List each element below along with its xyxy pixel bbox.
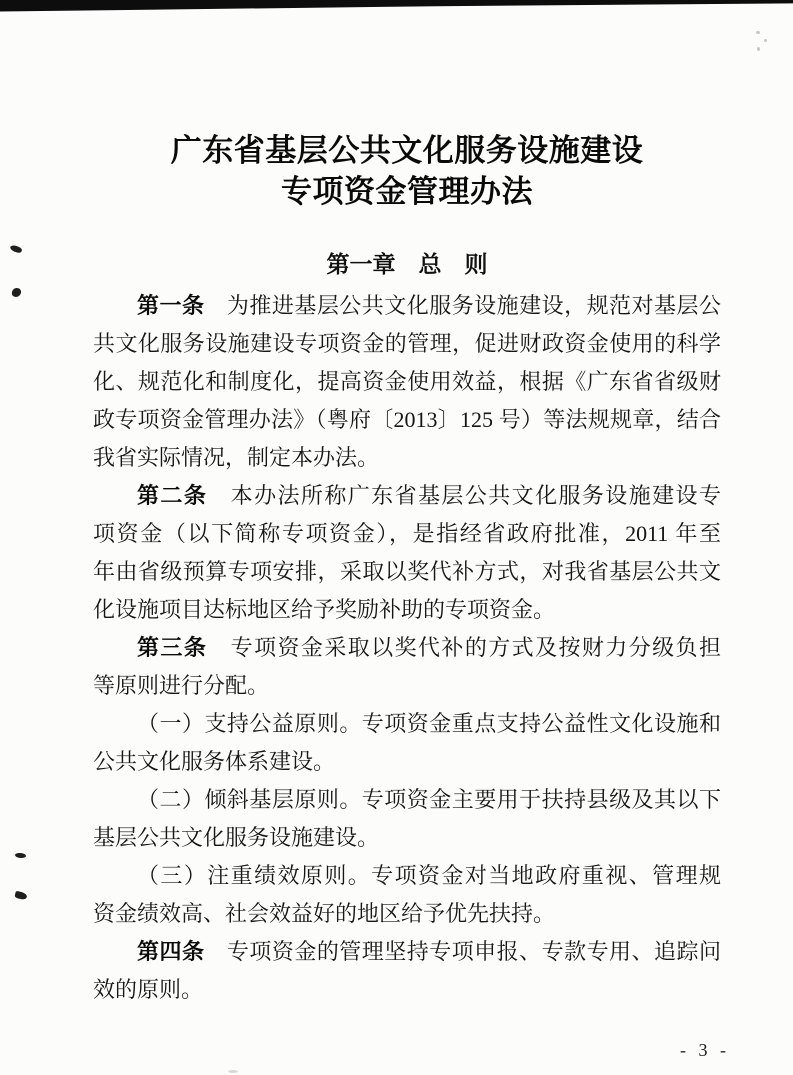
- scan-artifact-dot: [756, 31, 760, 34]
- body-line: 第一条 为推进基层公共文化服务设施建设，规范对基层公: [93, 287, 721, 325]
- body-line: 资金绩效高、社会效益好的地区给予优先扶持。: [93, 895, 721, 933]
- body-line: （二）倾斜基层原则。专项资金主要用于扶持县级及其以下: [93, 781, 721, 819]
- body-line: 项资金（以下简称专项资金），是指经省政府批准，2011 年至 2015: [93, 515, 721, 553]
- scan-artifact-smudge: [228, 1070, 238, 1073]
- body-line: 年由省级预算专项安排，采取以奖代补方式，对我省基层公共文: [93, 553, 721, 591]
- chapter-heading: 第一章 总 则: [93, 249, 721, 281]
- body-line: 基层公共文化服务设施建设。: [93, 819, 721, 857]
- body-line: 共文化服务设施建设专项资金的管理，促进财政资金使用的科学: [93, 325, 721, 363]
- document-title-line2: 专项资金管理办法: [93, 172, 721, 212]
- article-label: 第三条: [137, 635, 207, 660]
- body-line: 公共文化服务体系建设。: [93, 743, 721, 781]
- body-line: 效的原则。: [93, 971, 721, 1009]
- scan-artifact-top-bar: [0, 0, 793, 12]
- article-label: 第二条: [137, 483, 207, 508]
- body-line: 化、规范化和制度化，提高资金使用效益，根据《广东省省级财: [93, 363, 721, 401]
- body-line: 我省实际情况，制定本办法。: [93, 439, 721, 477]
- scan-artifact-speck: [15, 852, 26, 858]
- scan-artifact-speck: [14, 891, 27, 901]
- article-label: 第四条: [137, 939, 204, 964]
- scan-artifact-speck: [9, 244, 22, 254]
- body-line: 第三条 专项资金采取以奖代补的方式及按财力分级负担: [93, 629, 721, 667]
- scan-artifact-dot: [764, 39, 767, 42]
- body-line: 第四条 专项资金的管理坚持专项申报、专款专用、追踪问: [93, 933, 721, 971]
- body-line: （一）支持公益原则。专项资金重点支持公益性文化设施和: [93, 705, 721, 743]
- scan-artifact-speck: [11, 287, 21, 297]
- body-line: 化设施项目达标地区给予奖励补助的专项资金。: [93, 591, 721, 629]
- document-title-line1: 广东省基层公共文化服务设施建设: [93, 131, 721, 171]
- scan-artifact-dot: [757, 47, 760, 51]
- page-number: - 3 -: [670, 1040, 740, 1061]
- scanned-document-page: 广东省基层公共文化服务设施建设 专项资金管理办法 第一章 总 则 第一条 为推进…: [0, 0, 793, 1075]
- body-line: 等原则进行分配。: [93, 667, 721, 705]
- article-label: 第一条: [137, 293, 204, 318]
- body-line: 政专项资金管理办法》（粤府〔2013〕125 号）等法规规章，结合: [93, 401, 721, 439]
- body-line: （三）注重绩效原则。专项资金对当地政府重视、管理规范、: [93, 857, 721, 895]
- body-line: 第二条 本办法所称广东省基层公共文化服务设施建设专: [93, 477, 721, 515]
- document-body: 第一条 为推进基层公共文化服务设施建设，规范对基层公共文化服务设施建设专项资金的…: [93, 287, 721, 1009]
